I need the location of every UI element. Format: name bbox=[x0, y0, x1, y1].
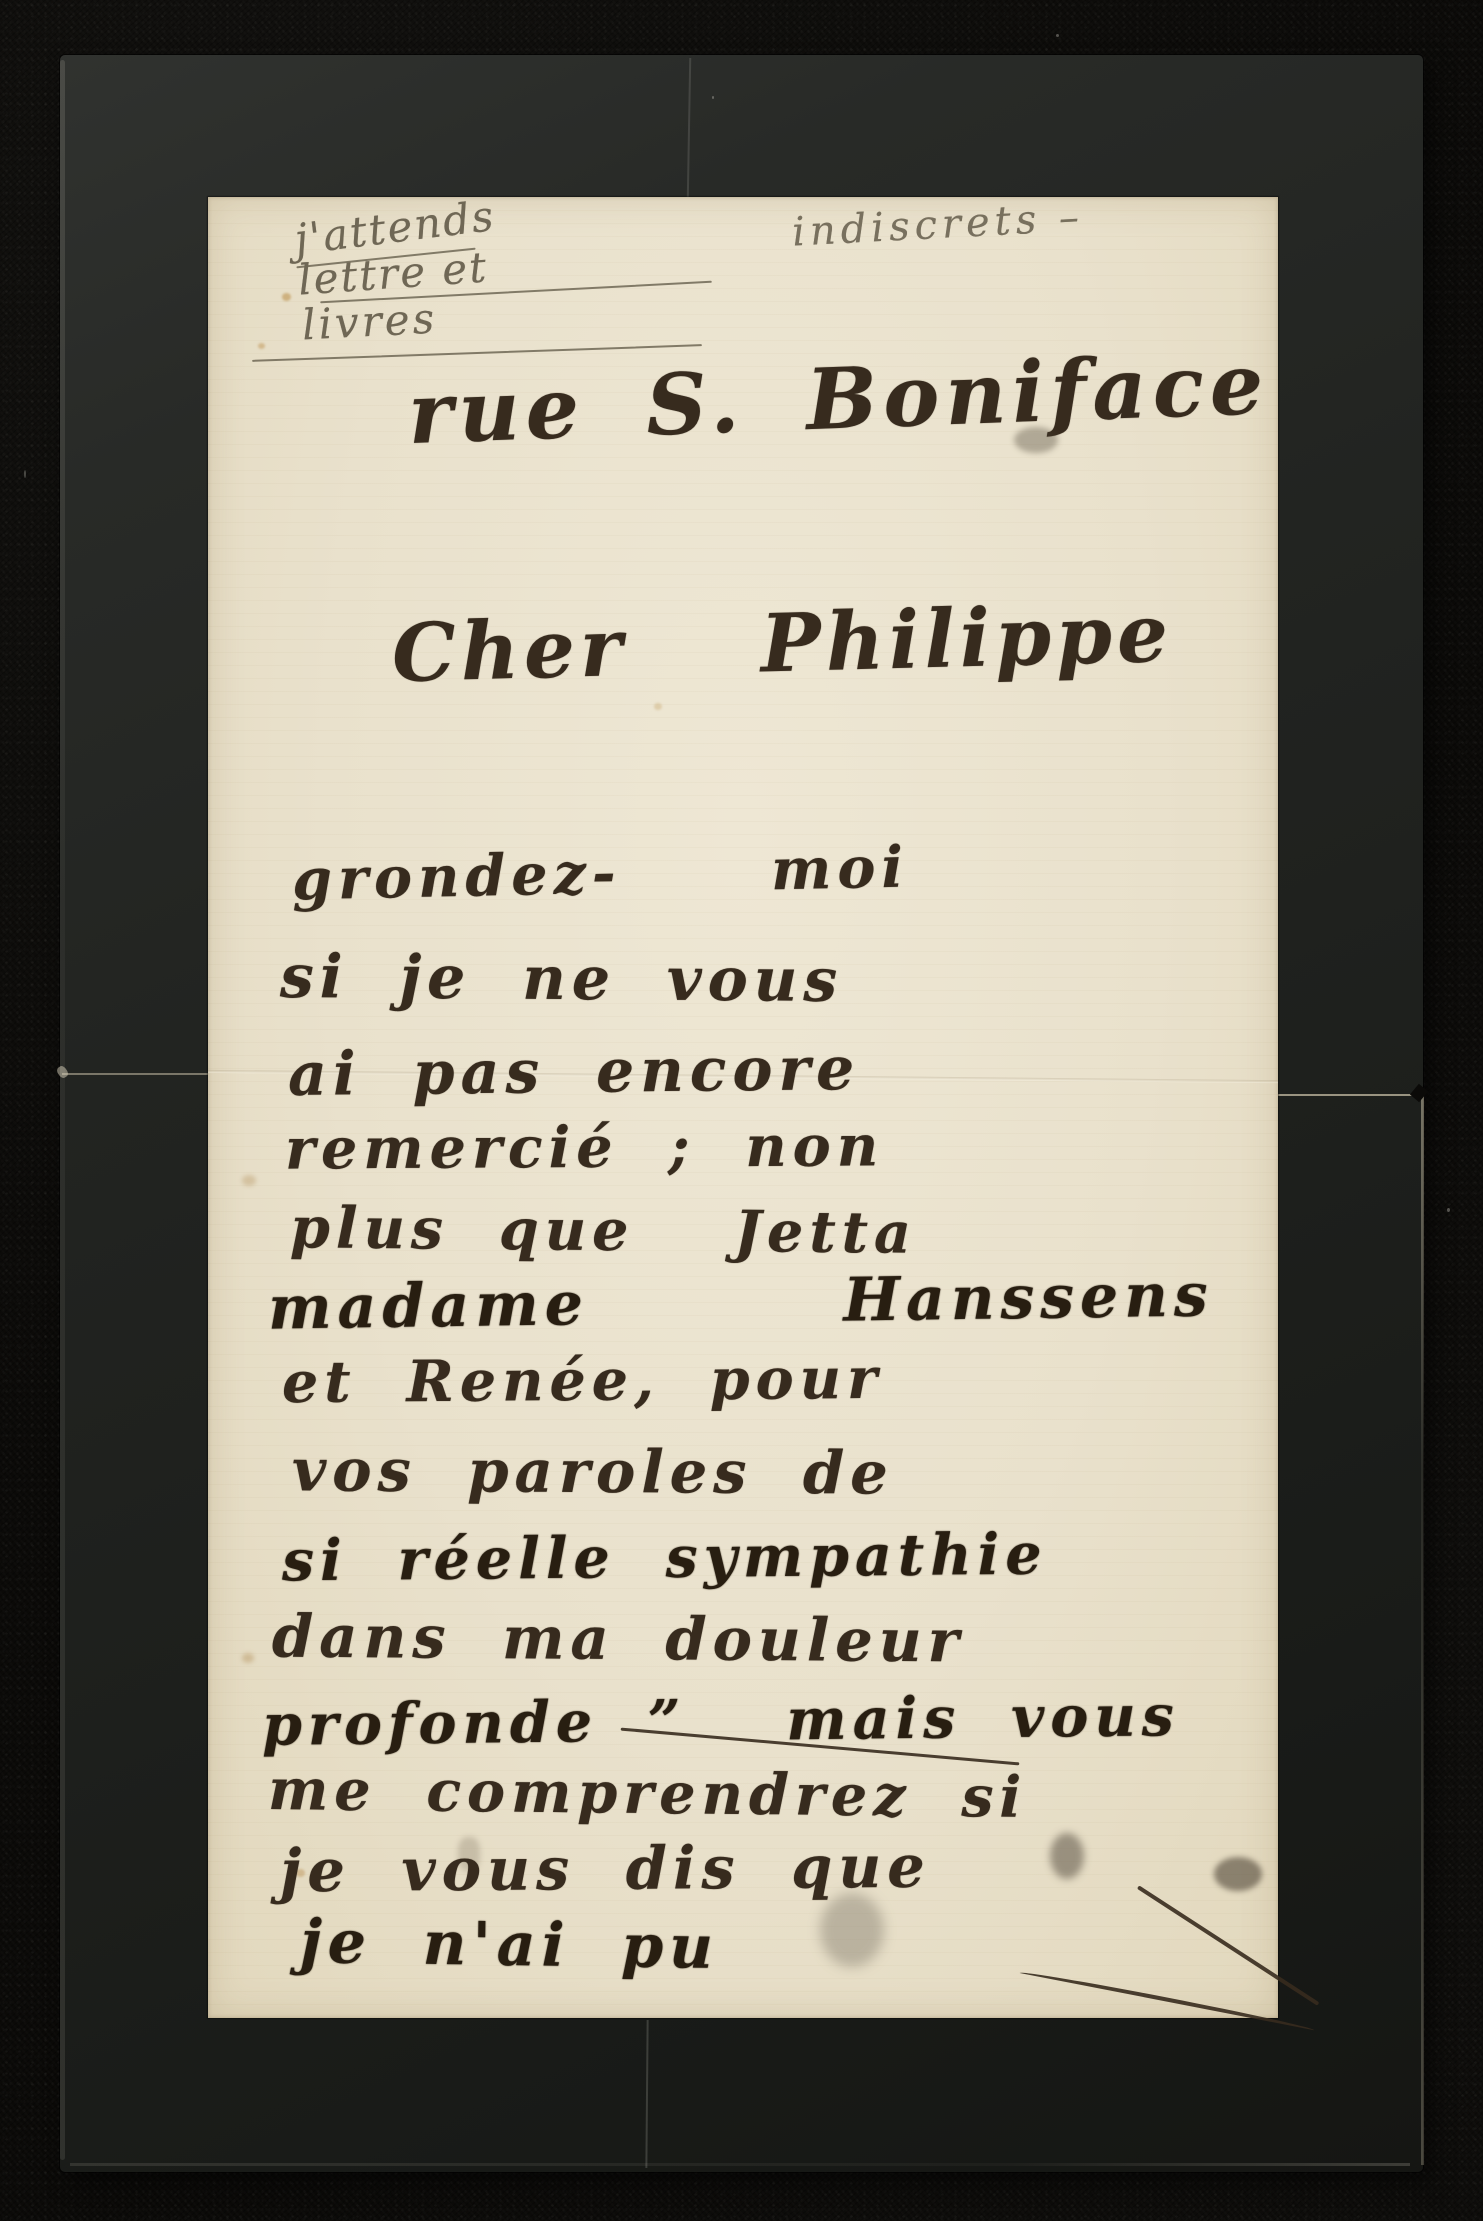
dust-speck bbox=[1447, 1208, 1450, 1212]
body-line: si réelle sympathie bbox=[282, 1526, 1048, 1590]
body-line: je n'ai pu bbox=[300, 1912, 720, 1978]
body-line: je vous dis que bbox=[280, 1837, 931, 1901]
body-line: madame Hanssens bbox=[268, 1265, 1214, 1338]
foxing-spot bbox=[242, 1653, 254, 1663]
letter-photograph: j'attends lettre et livres indiscrets – … bbox=[0, 0, 1483, 2221]
fold-crease-left bbox=[62, 1073, 208, 1075]
foxing-spot bbox=[258, 343, 265, 349]
body-line: me comprendrez si bbox=[268, 1761, 1028, 1826]
body-line: profonde ” mais vous bbox=[262, 1687, 1180, 1754]
body-line: ai pas encore bbox=[288, 1039, 861, 1105]
dust-speck bbox=[1056, 34, 1059, 37]
pencil-note-right: indiscrets – bbox=[791, 197, 1085, 252]
body-line: dans ma douleur bbox=[272, 1607, 965, 1671]
body-line: et Renée, pour bbox=[282, 1350, 883, 1411]
ink-smudge bbox=[1014, 427, 1058, 453]
pencil-note-line: livres bbox=[301, 297, 438, 346]
address-line: rue S. Boniface bbox=[407, 342, 1271, 456]
foxing-spot bbox=[282, 293, 291, 301]
foxing-spot bbox=[242, 1175, 256, 1186]
fold-crease-right bbox=[1278, 1094, 1423, 1096]
salutation: Cher Philippe bbox=[391, 593, 1174, 693]
card-edge-highlight bbox=[60, 60, 65, 2160]
dust-speck bbox=[24, 470, 26, 478]
ink-smudge bbox=[1050, 1833, 1084, 1879]
body-line: remercié ; non bbox=[285, 1117, 884, 1177]
body-line: grondez- moi bbox=[291, 839, 909, 909]
letter-page: j'attends lettre et livres indiscrets – … bbox=[208, 197, 1278, 2018]
card-edge-highlight bbox=[1421, 1095, 1424, 2165]
body-line: plus que Jetta bbox=[290, 1199, 917, 1261]
ink-smudge bbox=[1214, 1857, 1262, 1891]
body-line: vos paroles de bbox=[292, 1440, 894, 1502]
foxing-spot bbox=[654, 703, 662, 710]
card-edge-highlight bbox=[70, 2163, 1410, 2166]
dust-speck bbox=[712, 96, 714, 99]
ink-smudge bbox=[820, 1893, 884, 1967]
body-line: si je ne vous bbox=[280, 947, 844, 1011]
